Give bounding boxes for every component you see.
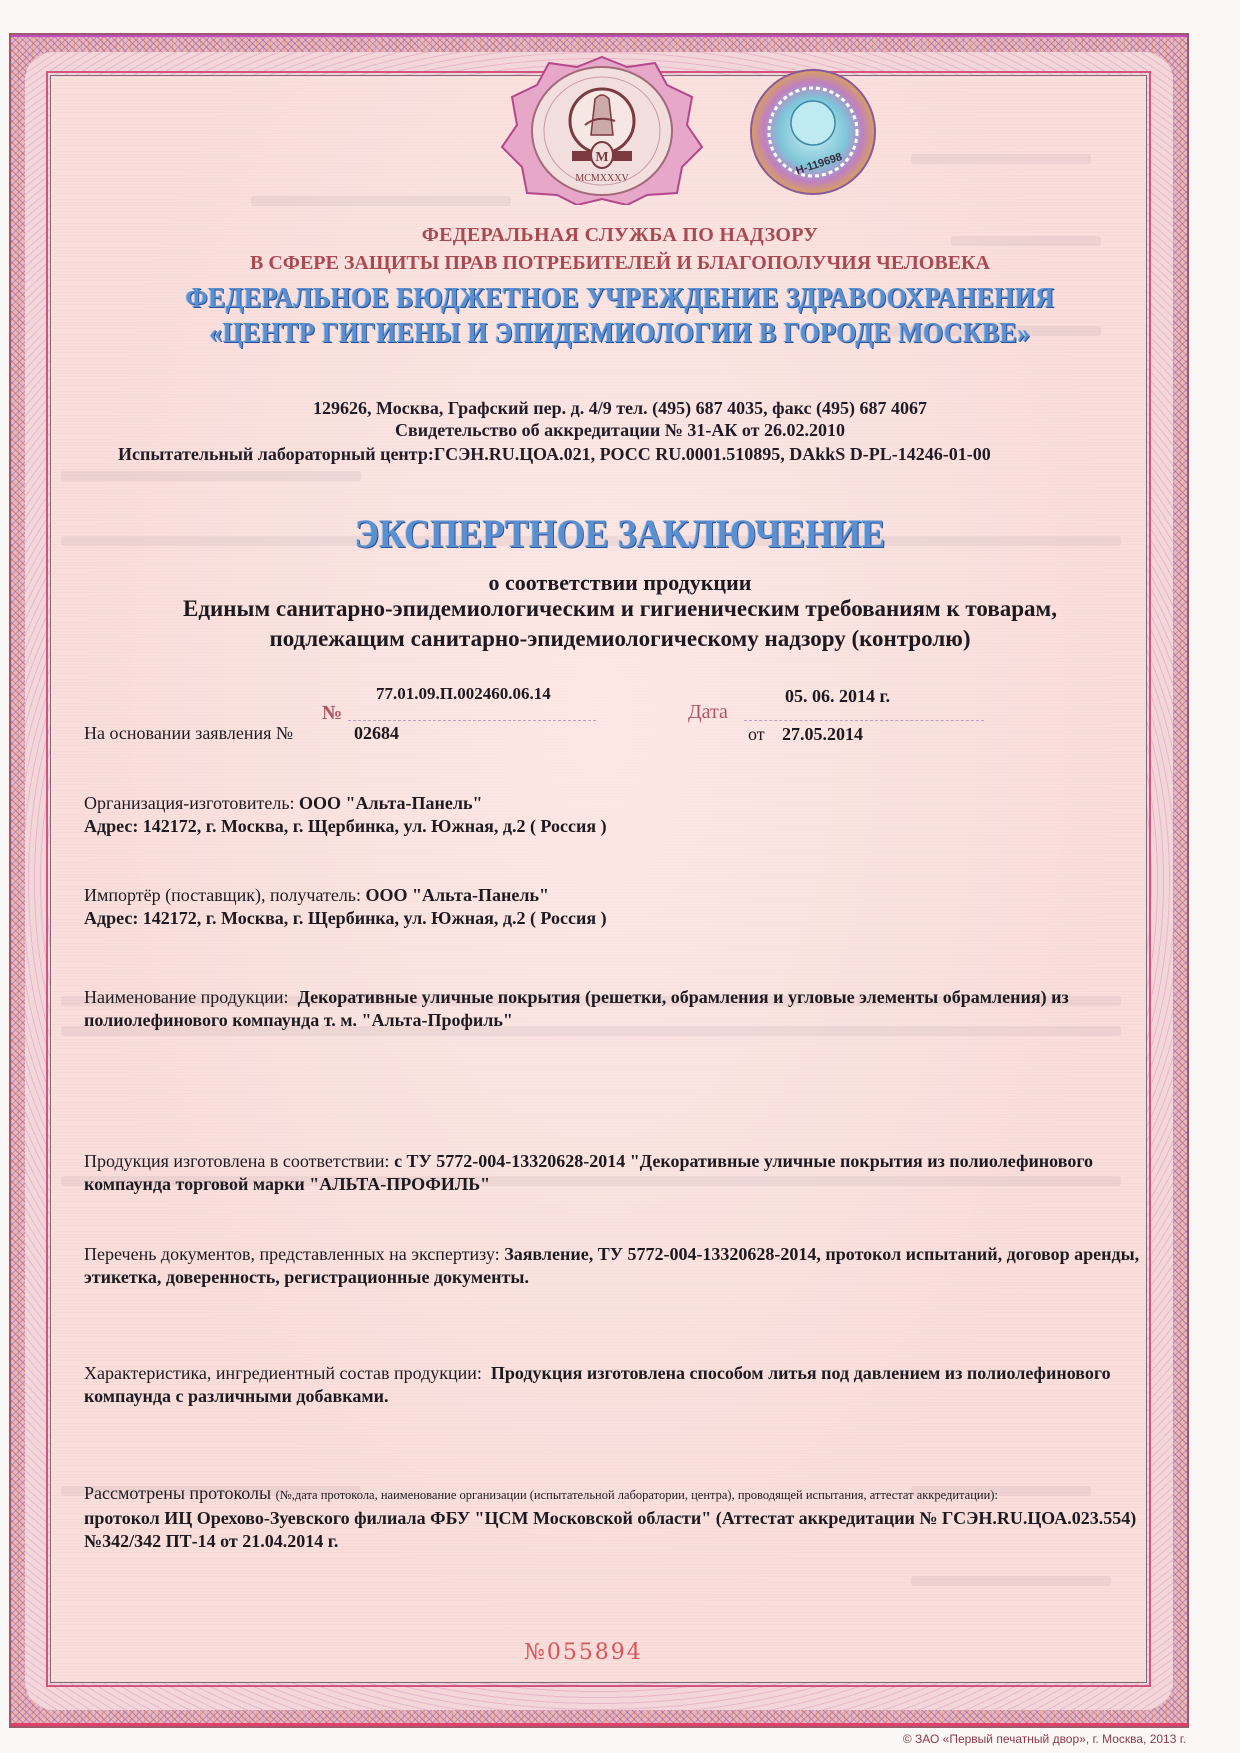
svg-text:MCMXXXV: MCMXXXV: [575, 173, 629, 184]
importer-address: Адрес: 142172, г. Москва, г. Щербинка, у…: [84, 908, 607, 928]
protocols-section: Рассмотрены протоколы (№,дата протокола,…: [84, 1482, 1180, 1553]
standard-label: Продукция изготовлена в соответствии:: [84, 1151, 390, 1171]
institution-name-line1: ФЕДЕРАЛЬНОЕ БЮДЖЕТНОЕ УЧРЕЖДЕНИЕ ЗДРАВОО…: [50, 283, 1191, 315]
composition-section: Характеристика, ингредиентный состав про…: [84, 1362, 1150, 1408]
manufacturer-section: Организация-изготовитель: ООО "Альта-Пан…: [84, 792, 1150, 838]
document-subtitle-line2: Единым санитарно-эпидемиологическим и ги…: [70, 596, 1170, 622]
medical-emblem-icon: M MCMXXXV: [497, 55, 707, 205]
composition-label: Характеристика, ингредиентный состав про…: [84, 1363, 482, 1383]
accreditation-certificate: Свидетельство об аккредитации № 31-АК от…: [0, 420, 1240, 441]
date-underline: [744, 720, 984, 721]
hologram-seal-icon: Н-119698: [748, 67, 878, 197]
application-label: На основании заявления №: [84, 723, 293, 744]
manufacturer-value: ООО "Альта-Панель": [299, 793, 482, 813]
product-section: Наименование продукции: Декоративные ули…: [84, 986, 1150, 1032]
application-number: 02684: [354, 723, 399, 744]
number-label: №: [322, 702, 342, 725]
protocols-label: Рассмотрены протоколы: [84, 1483, 271, 1503]
number-underline: [348, 720, 596, 721]
printer-imprint: © ЗАО «Первый печатный двор», г. Москва,…: [903, 1732, 1186, 1746]
bleed-through-text: [911, 1576, 1111, 1586]
bleed-through-text: [251, 196, 511, 206]
document-title: ЭКСПЕРТНОЕ ЗАКЛЮЧЕНИЕ: [62, 510, 1178, 557]
bleed-through-text: [911, 154, 1091, 164]
protocols-value: протокол ИЦ Орехово-Зуевского филиала ФБ…: [84, 1508, 1136, 1551]
document-subtitle-line1: о соответствии продукции: [0, 570, 1240, 596]
blank-serial-number: №055894: [524, 1640, 643, 1665]
manufacturer-label: Организация-изготовитель:: [84, 793, 295, 813]
bleed-through-text: [61, 471, 361, 481]
application-date: 27.05.2014: [782, 724, 863, 745]
documents-section: Перечень документов, представленных на э…: [84, 1243, 1150, 1289]
protocols-hint: (№,дата протокола, наименование организа…: [276, 1488, 998, 1502]
application-date-label: от: [748, 724, 765, 745]
importer-label: Импортёр (поставщик), получатель:: [84, 885, 361, 905]
certificate-paper: [50, 75, 1147, 1683]
date-label: Дата: [688, 701, 728, 724]
importer-value: ООО "Альта-Панель": [366, 885, 549, 905]
conclusion-number: 77.01.09.П.002460.06.14: [376, 684, 551, 704]
manufacturer-address: Адрес: 142172, г. Москва, г. Щербинка, у…: [84, 816, 607, 836]
conclusion-date: 05. 06. 2014 г.: [785, 686, 890, 707]
importer-section: Импортёр (поставщик), получатель: ООО "А…: [84, 884, 1150, 930]
standard-section: Продукция изготовлена в соответствии: с …: [84, 1150, 1150, 1196]
svg-text:M: M: [595, 150, 608, 165]
document-subtitle-line3: подлежащим санитарно-эпидемиологическому…: [0, 626, 1240, 652]
institution-name-line2: «ЦЕНТР ГИГИЕНЫ И ЭПИДЕМИОЛОГИИ В ГОРОДЕ …: [50, 318, 1191, 350]
product-label: Наименование продукции:: [84, 987, 289, 1007]
institution-address: 129626, Москва, Графский пер. д. 4/9 тел…: [0, 398, 1240, 419]
documents-label: Перечень документов, представленных на э…: [84, 1244, 500, 1264]
agency-name-line1: ФЕДЕРАЛЬНАЯ СЛУЖБА ПО НАДЗОРУ: [0, 224, 1240, 247]
testing-lab-center: Испытательный лабораторный центр:ГСЭН.RU…: [118, 444, 991, 465]
agency-name-line2: В СФЕРЕ ЗАЩИТЫ ПРАВ ПОТРЕБИТЕЛЕЙ И БЛАГО…: [0, 252, 1240, 275]
